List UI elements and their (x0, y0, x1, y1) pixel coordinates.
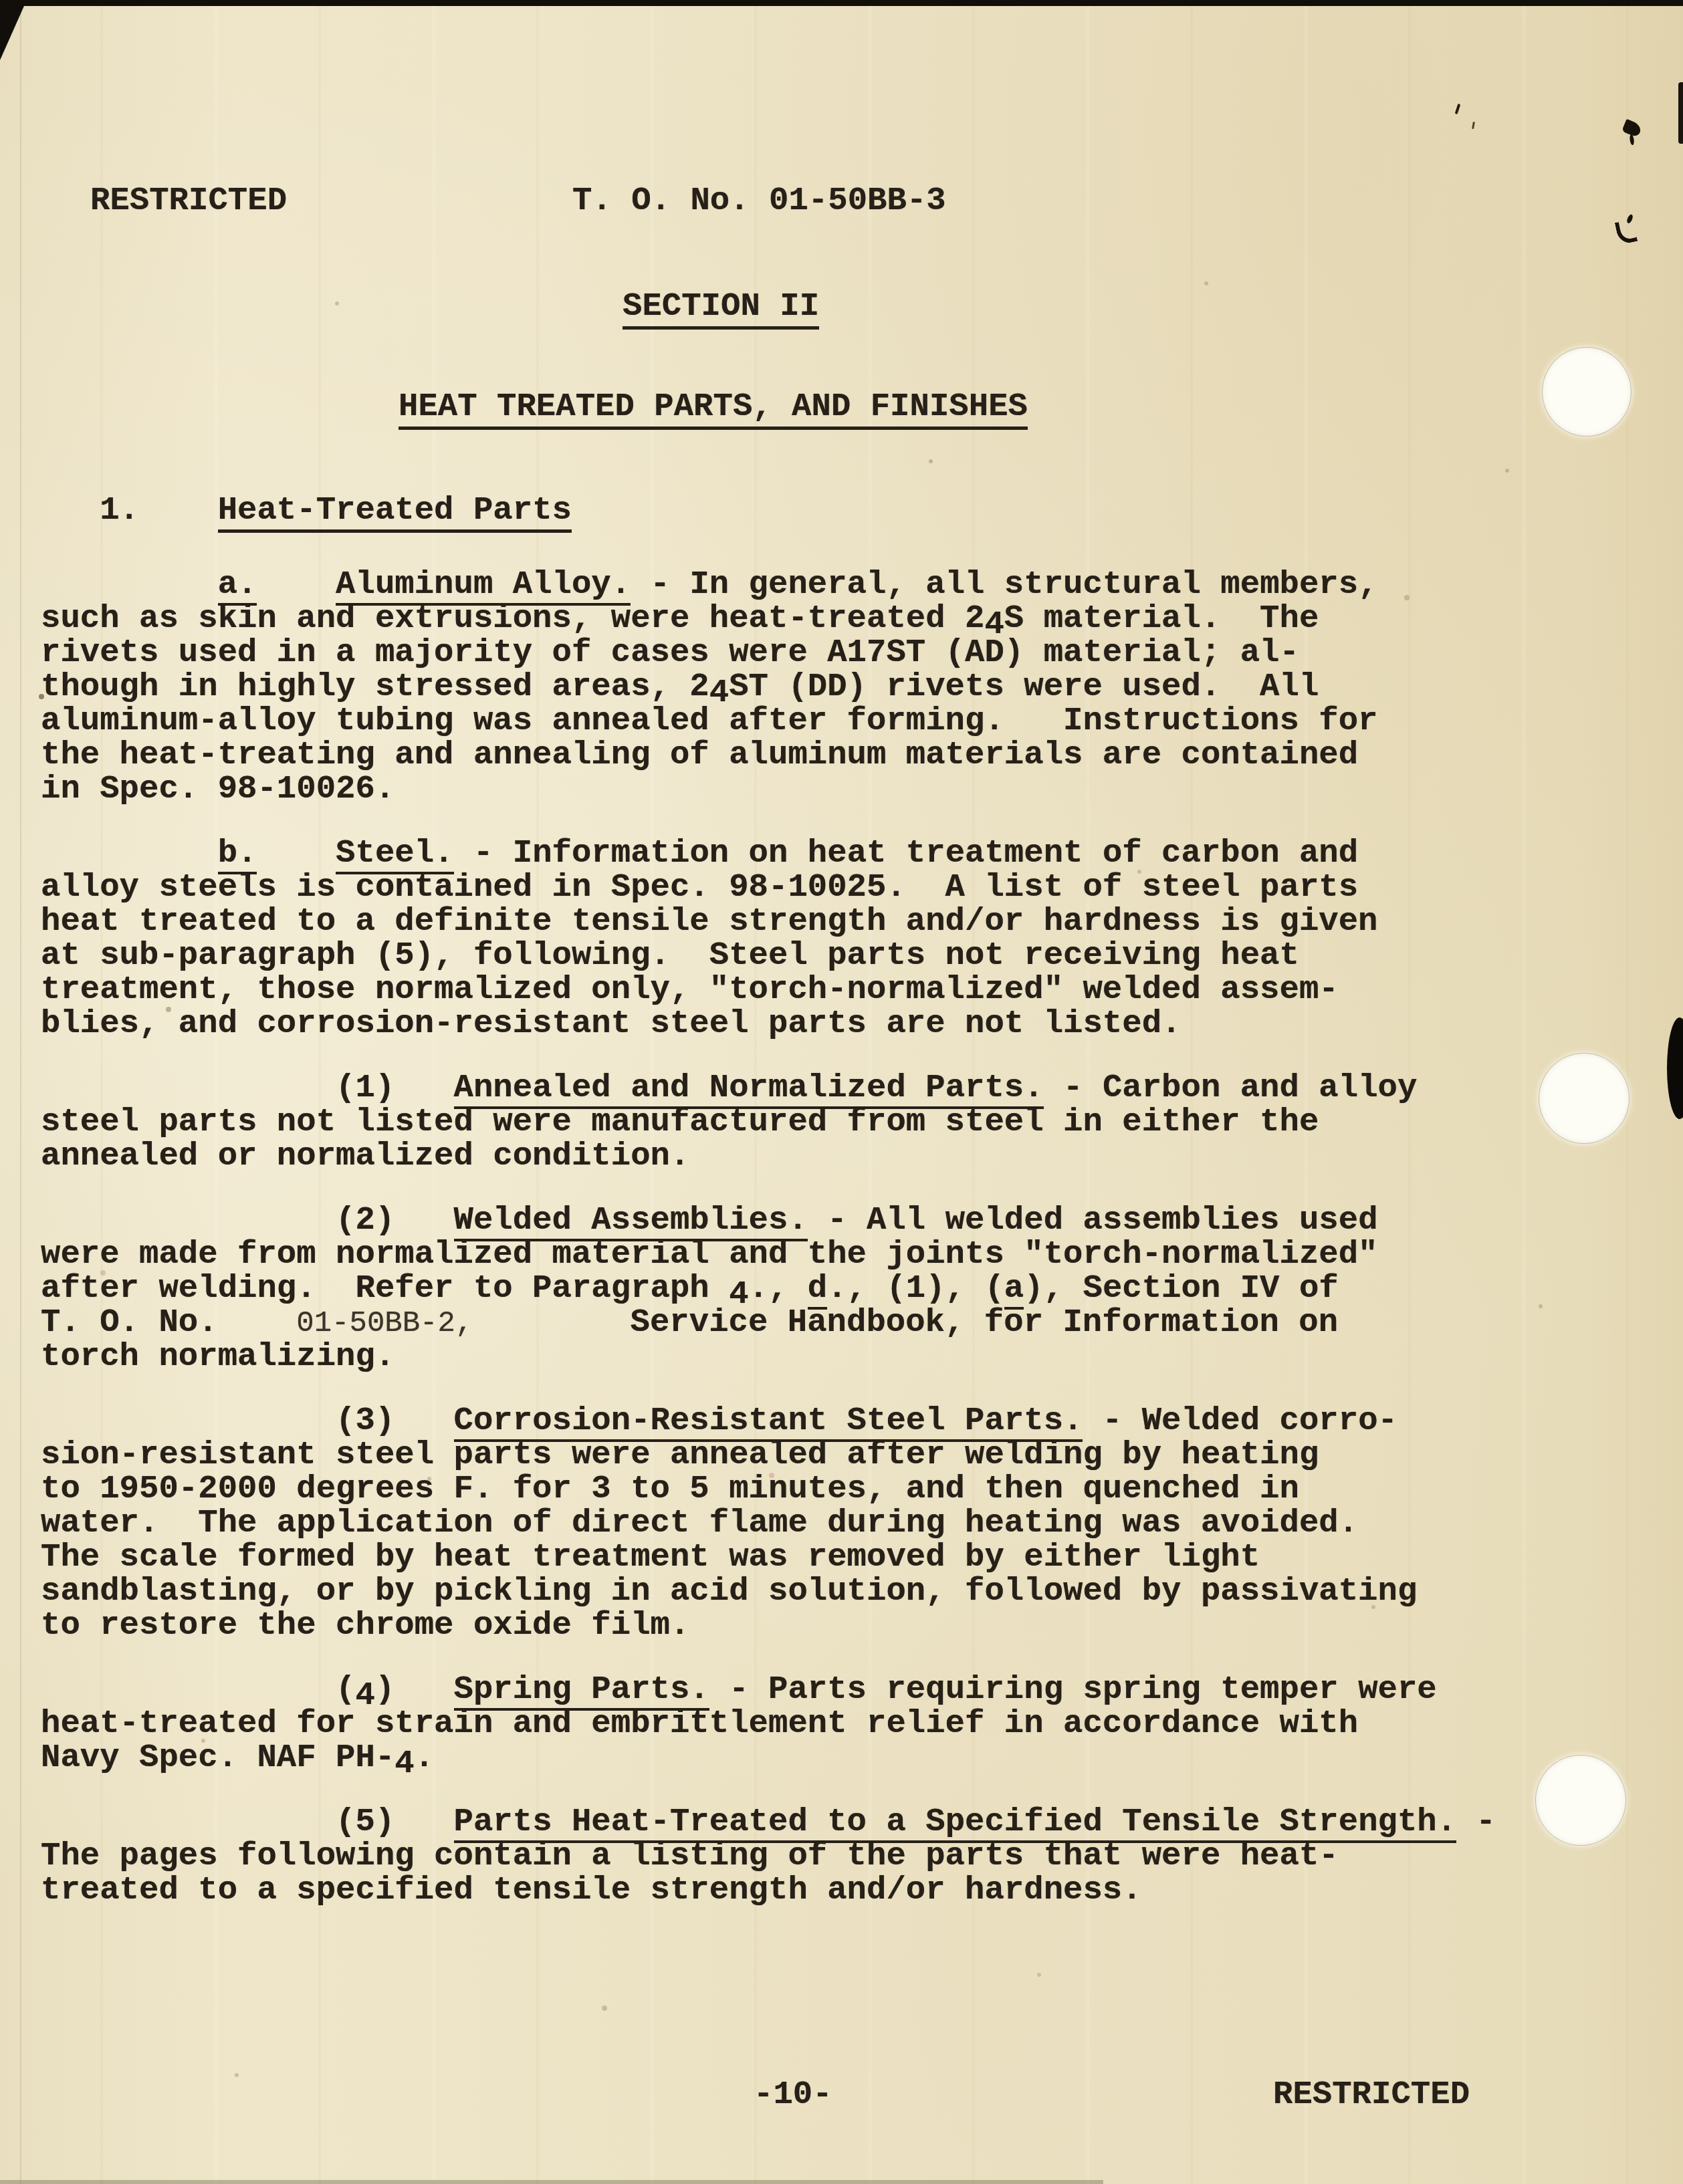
para-3-corrosion-resistant: (3) Corrosion-Resistant Steel Parts. - W… (41, 1404, 1552, 1643)
para-5-specified-tensile: (5) Parts Heat-Treated to a Specified Te… (41, 1805, 1552, 1907)
text-line: torch normalizing. (41, 1340, 1552, 1374)
text-run: water. The application of direct flame d… (41, 1504, 1358, 1542)
text-line: T. O. No. 01-50BB-2, Service Handbook, f… (41, 1306, 1552, 1340)
text-line: treatment, those normalized only, "torch… (41, 973, 1552, 1007)
text-run: sion-resistant steel parts were annealed… (41, 1436, 1319, 1473)
text-run: - Information on heat treatment of carbo… (454, 834, 1359, 872)
text-line: in Spec. 98-10026. (41, 772, 1552, 806)
para-a-aluminum-alloy: a. Aluminum Alloy. - In general, all str… (41, 568, 1552, 806)
scan-edge-right-blob (1667, 1017, 1683, 1119)
text-run: heat treated to a definite tensile stren… (41, 902, 1378, 940)
text-run (41, 566, 218, 603)
text-run: 1. (41, 491, 218, 529)
text-run (257, 566, 336, 603)
text-line: SECTION II (623, 289, 1552, 324)
text-line: The scale formed by heat treatment was r… (41, 1540, 1552, 1574)
text-line: (5) Parts Heat-Treated to a Specified Te… (41, 1805, 1552, 1839)
section-heading: SECTION II (41, 289, 1552, 324)
para-b-steel: b. Steel. - Information on heat treatmen… (41, 836, 1552, 1041)
text-run: Service Handbook, for Information on (473, 1304, 1338, 1341)
text-line: Navy Spec. NAF PH-4. (41, 1741, 1552, 1775)
text-run: heat-treated for strain and embrittlemen… (41, 1705, 1358, 1742)
text-line: a. Aluminum Alloy. - In general, all str… (41, 568, 1552, 602)
document-body: SECTION IIHEAT TREATED PARTS, AND FINISH… (41, 289, 1552, 1907)
text-line: at sub-paragraph (5), following. Steel p… (41, 939, 1552, 973)
text-line: though in highly stressed areas, 24ST (D… (41, 670, 1552, 704)
text-run: - In general, all structural members, (631, 566, 1377, 603)
text-line: water. The application of direct flame d… (41, 1506, 1552, 1540)
text-run (257, 834, 336, 872)
text-line: annealed or normalized condition. (41, 1139, 1552, 1173)
text-line: the heat-treating and annealing of alumi… (41, 738, 1552, 772)
text-line: blies, and corrosion-resistant steel par… (41, 1007, 1552, 1041)
text-line: (2) Welded Assemblies. - All welded asse… (41, 1203, 1552, 1237)
text-line: 1. Heat-Treated Parts (41, 493, 1552, 527)
text-run: after welding. Refer to Paragraph 4., (41, 1269, 808, 1307)
scan-corner-top-left (0, 0, 27, 60)
text-run: to 1950-2000 degrees F. for 3 to 5 minut… (41, 1470, 1299, 1507)
text-run: to restore the chrome oxide film. (41, 1606, 689, 1644)
text-run: - Parts requiring spring temper were (709, 1671, 1437, 1708)
text-run: treated to a specified tensile strength … (41, 1871, 1142, 1909)
text-line: heat-treated for strain and embrittlemen… (41, 1707, 1552, 1741)
punch-hole-top (1542, 347, 1632, 437)
text-run: sandblasting, or by pickling in acid sol… (41, 1572, 1417, 1610)
page-header: RESTRICTED T. O. No. 01-50BB-3 (41, 184, 1552, 218)
text-run: (4) (41, 1671, 454, 1708)
ink-mark-2 (1615, 219, 1638, 245)
text-line: (3) Corrosion-Resistant Steel Parts. - W… (41, 1404, 1552, 1438)
classification-bottom: RESTRICTED (1273, 2076, 1470, 2113)
text-run: - (1456, 1803, 1496, 1840)
text-line: alloy steels is contained in Spec. 98-10… (41, 870, 1552, 904)
section-subtitle: HEAT TREATED PARTS, AND FINISHES (41, 390, 1552, 424)
text-run: T. O. No. (41, 1304, 296, 1341)
low-struck-4: 4 (395, 1747, 414, 1781)
underlined-text: HEAT TREATED PARTS, AND FINISHES (399, 388, 1028, 430)
text-run: ), Section IV of (1024, 1269, 1338, 1307)
para-1-annealed-normalized: (1) Annealed and Normalized Parts. - Car… (41, 1071, 1552, 1173)
text-run: - All welded assemblies used (808, 1201, 1378, 1239)
doc-number: T. O. No. 01-50BB-3 (572, 184, 946, 218)
low-struck-4: 4 (355, 1679, 374, 1713)
text-line: after welding. Refer to Paragraph 4., d.… (41, 1271, 1552, 1306)
underlined-text: SECTION II (623, 287, 819, 330)
paper-fold-line (20, 0, 21, 2184)
punch-hole-bottom (1535, 1755, 1626, 1846)
scanned-document-page: RESTRICTED T. O. No. 01-50BB-3 SECTION I… (0, 0, 1683, 2184)
text-run: in Spec. 98-10026. (41, 770, 395, 808)
text-run: (2) (41, 1201, 454, 1239)
text-line: The pages following contain a listing of… (41, 1839, 1552, 1873)
page-number: -10- (754, 2076, 832, 2113)
text-run: torch normalizing. (41, 1338, 395, 1375)
inserted-text: 01-50BB-2, (296, 1307, 473, 1340)
text-run: such as skin and extrusions, were heat-t… (41, 600, 1319, 637)
text-line: sion-resistant steel parts were annealed… (41, 1438, 1552, 1472)
punch-hole-middle (1539, 1053, 1630, 1144)
text-run: - Welded corro- (1083, 1402, 1397, 1439)
text-line: HEAT TREATED PARTS, AND FINISHES (399, 390, 1552, 424)
text-run: The scale formed by heat treatment was r… (41, 1538, 1260, 1576)
text-line: (1) Annealed and Normalized Parts. - Car… (41, 1071, 1552, 1105)
classification-top: RESTRICTED (90, 184, 287, 218)
text-run: the heat-treating and annealing of alumi… (41, 736, 1358, 773)
text-line: (4) Spring Parts. - Parts requiring spri… (41, 1673, 1552, 1707)
text-line: treated to a specified tensile strength … (41, 1873, 1552, 1907)
para-2-welded-assemblies: (2) Welded Assemblies. - All welded asse… (41, 1203, 1552, 1374)
text-run: ., (1), ( (827, 1269, 1004, 1307)
text-line: heat treated to a definite tensile stren… (41, 904, 1552, 939)
text-line: b. Steel. - Information on heat treatmen… (41, 836, 1552, 870)
text-run: were made from normalized material and t… (41, 1235, 1378, 1273)
text-run: alloy steels is contained in Spec. 98-10… (41, 868, 1358, 906)
text-run: - Carbon and alloy (1044, 1069, 1418, 1106)
text-line: aluminum-alloy tubing was annealed after… (41, 704, 1552, 738)
low-struck-4: 4 (729, 1278, 748, 1312)
text-line: to restore the chrome oxide film. (41, 1608, 1552, 1643)
underlined-text: Heat-Treated Parts (218, 491, 572, 533)
text-run: rivets used in a majority of cases were … (41, 634, 1299, 671)
text-run: (5) (41, 1803, 454, 1840)
text-run: blies, and corrosion-resistant steel par… (41, 1005, 1181, 1042)
text-run: treatment, those normalized only, "torch… (41, 971, 1339, 1008)
text-run: (3) (41, 1402, 454, 1439)
scan-edge-bottom (0, 2180, 1103, 2184)
text-run: annealed or normalized condition. (41, 1137, 689, 1175)
scan-edge-right-sliver (1678, 82, 1683, 144)
document-content: RESTRICTED T. O. No. 01-50BB-3 SECTION I… (41, 0, 1552, 1907)
text-line: to 1950-2000 degrees F. for 3 to 5 minut… (41, 1472, 1552, 1506)
text-line: rivets used in a majority of cases were … (41, 636, 1552, 670)
low-struck-4: 4 (709, 676, 729, 710)
para-4-spring-parts: (4) Spring Parts. - Parts requiring spri… (41, 1673, 1552, 1775)
text-line: such as skin and extrusions, were heat-t… (41, 602, 1552, 636)
text-run (41, 834, 218, 872)
text-run: at sub-paragraph (5), following. Steel p… (41, 937, 1299, 974)
text-run: though in highly stressed areas, 24ST (D… (41, 668, 1319, 705)
page-footer: -10- RESTRICTED (41, 2076, 1552, 2110)
numbered-heading-1: 1. Heat-Treated Parts (41, 493, 1552, 527)
text-line: were made from normalized material and t… (41, 1237, 1552, 1271)
text-line: steel parts not listed were manufactured… (41, 1105, 1552, 1139)
low-struck-4: 4 (984, 608, 1004, 642)
text-run: The pages following contain a listing of… (41, 1837, 1339, 1874)
text-line: sandblasting, or by pickling in acid sol… (41, 1574, 1552, 1608)
text-run: Navy Spec. NAF PH-4. (41, 1739, 434, 1776)
ink-mark-1 (1621, 119, 1643, 138)
text-run: (1) (41, 1069, 454, 1106)
text-run: steel parts not listed were manufactured… (41, 1103, 1319, 1140)
scan-edge-top (0, 0, 1683, 6)
